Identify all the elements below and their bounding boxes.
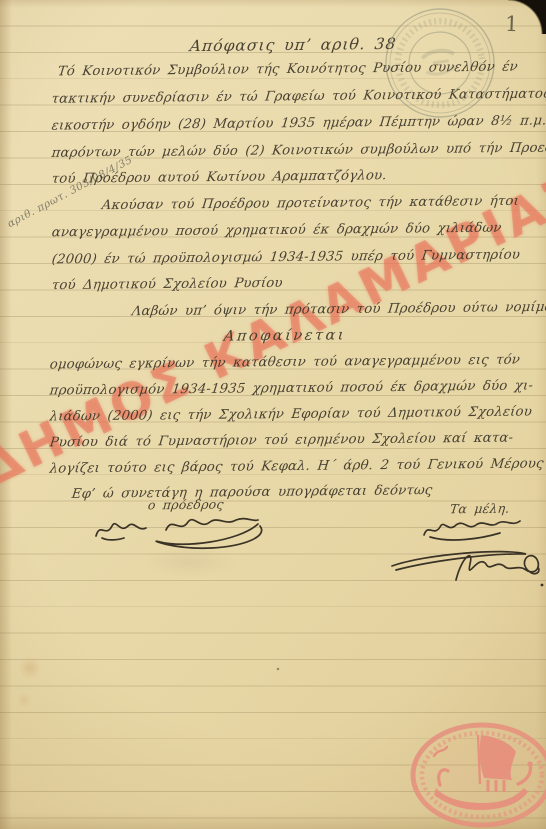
member-signature-2 xyxy=(386,538,546,593)
manuscript-line: εικοστήν ογδόην (28) Μαρτίου 1935 ημέραν… xyxy=(51,113,546,133)
manuscript-line: λογίζει τούτο εις βάρος τού Κεφαλ. Η΄ άρ… xyxy=(49,456,545,476)
ship-seal-stamp xyxy=(406,722,546,828)
manuscript-line: Λαβών υπ’ όψιν τήν πρότασιν τού Προέδρου… xyxy=(131,300,546,320)
decision-title: Απόφασις υπ’ αριθ. 38 xyxy=(189,35,398,55)
manuscript-line: Εφ’ ώ συνετάγη η παρούσα υπογράφεται δεό… xyxy=(71,483,433,502)
manuscript-line: παρόντων τών μελών δύο (2) Κοινοτικών συ… xyxy=(51,140,546,161)
manuscript-line: τού Δημοτικού Σχολείου Ρυσίου xyxy=(51,276,283,293)
manuscript-line-decision: Αποφαίνεται xyxy=(223,327,347,344)
manuscript-page: 1 αριθ. πρωτ. 303/08/4/35 ΔΗΜΟΣ ΚΑΛΑΜΑΡΙ… xyxy=(0,0,546,829)
manuscript-line: τού Προέδρου αυτού Κωτίνου Αραμπατζόγλου… xyxy=(51,168,388,187)
manuscript-line: Ακούσαν τού Προέδρου προτείναντος τήν κα… xyxy=(101,194,520,213)
manuscript-line: ομοφώνως εγκρίνων τήν κατάθεσιν τού αναγ… xyxy=(49,353,521,373)
page-number: 1 xyxy=(505,12,519,36)
president-signature xyxy=(88,508,283,554)
protocol-margin-note: αριθ. πρωτ. 303/08/4/35 xyxy=(5,154,134,230)
